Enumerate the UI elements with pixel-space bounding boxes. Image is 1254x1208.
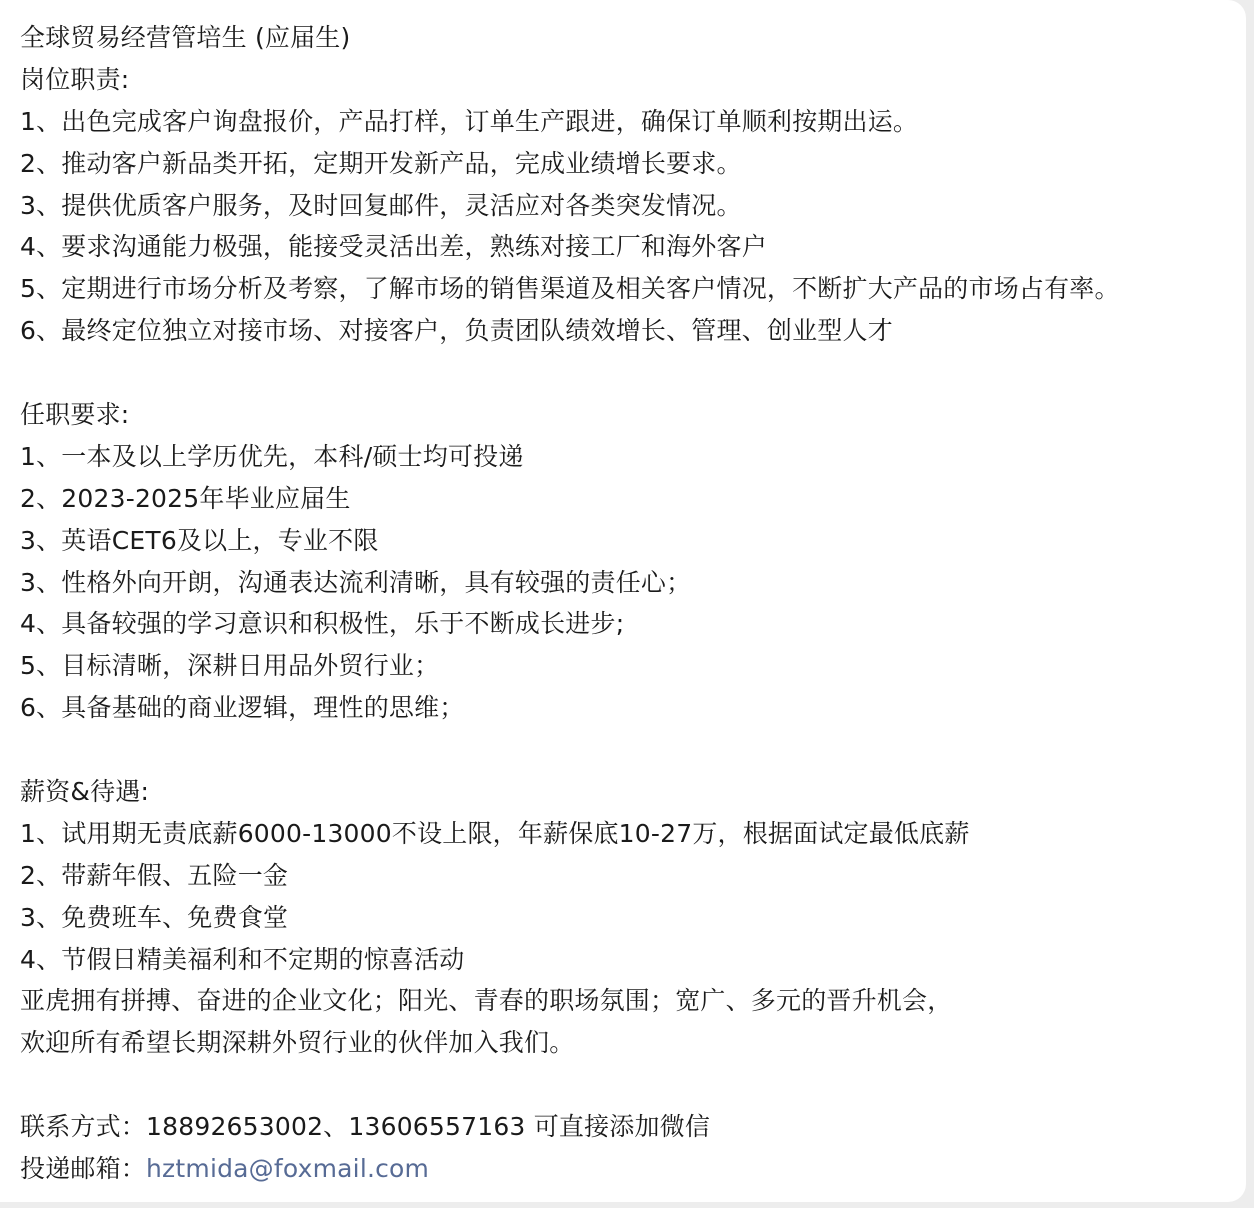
spacer [20,729,1246,771]
responsibility-item: 3、提供优质客户服务，及时回复邮件，灵活应对各类突发情况。 [20,185,1246,227]
responsibility-item: 5、定期进行市场分析及考察，了解市场的销售渠道及相关客户情况，不断扩大产品的市场… [20,268,1246,310]
job-title: 全球贸易经营管培生 (应届生) [20,17,1246,59]
benefit-item: 2、带薪年假、五险一金 [20,855,1246,897]
job-post-card: 全球贸易经营管培生 (应届生) 岗位职责: 1、出色完成客户询盘报价，产品打样，… [0,0,1246,1202]
responsibility-item: 4、要求沟通能力极强，能接受灵活出差，熟练对接工厂和海外客户 [20,226,1246,268]
requirement-item: 3、性格外向开朗，沟通表达流利清晰，具有较强的责任心； [20,562,1246,604]
responsibility-item: 6、最终定位独立对接市场、对接客户，负责团队绩效增长、管理、创业型人才 [20,310,1246,352]
spacer [20,352,1246,394]
culture-text: 亚虎拥有拼搏、奋进的企业文化；阳光、青春的职场氛围；宽广、多元的晋升机会， [20,980,1246,1022]
contact-phone-row: 联系方式：18892653002、13606557163 可直接添加微信 [20,1106,1246,1148]
benefit-item: 3、免费班车、免费食堂 [20,897,1246,939]
contact-phone-numbers: 18892653002、13606557163 可直接添加微信 [146,1112,710,1141]
contact-email-row: 投递邮箱：hztmida@foxmail.com [20,1148,1246,1190]
responsibility-item: 2、推动客户新品类开拓，定期开发新产品，完成业绩增长要求。 [20,143,1246,185]
requirement-item: 2、2023-2025年毕业应届生 [20,478,1246,520]
welcome-text: 欢迎所有希望长期深耕外贸行业的伙伴加入我们。 [20,1022,1246,1064]
responsibility-item: 1、出色完成客户询盘报价，产品打样，订单生产跟进，确保订单顺利按期出运。 [20,101,1246,143]
contact-phone-label: 联系方式： [20,1112,146,1141]
requirement-item: 1、一本及以上学历优先，本科/硕士均可投递 [20,436,1246,478]
email-link[interactable]: hztmida@foxmail.com [146,1154,429,1183]
requirement-item: 3、英语CET6及以上，专业不限 [20,520,1246,562]
benefit-item: 1、试用期无责底薪6000-13000不设上限，年薪保底10-27万，根据面试定… [20,813,1246,855]
benefits-heading: 薪资&待遇: [20,771,1246,813]
benefit-item: 4、节假日精美福利和不定期的惊喜活动 [20,939,1246,981]
responsibilities-heading: 岗位职责: [20,59,1246,101]
requirements-heading: 任职要求: [20,394,1246,436]
requirement-item: 4、具备较强的学习意识和积极性，乐于不断成长进步; [20,603,1246,645]
requirement-item: 5、目标清晰，深耕日用品外贸行业； [20,645,1246,687]
contact-email-label: 投递邮箱： [20,1154,146,1183]
requirement-item: 6、具备基础的商业逻辑，理性的思维； [20,687,1246,729]
spacer [20,1064,1246,1106]
